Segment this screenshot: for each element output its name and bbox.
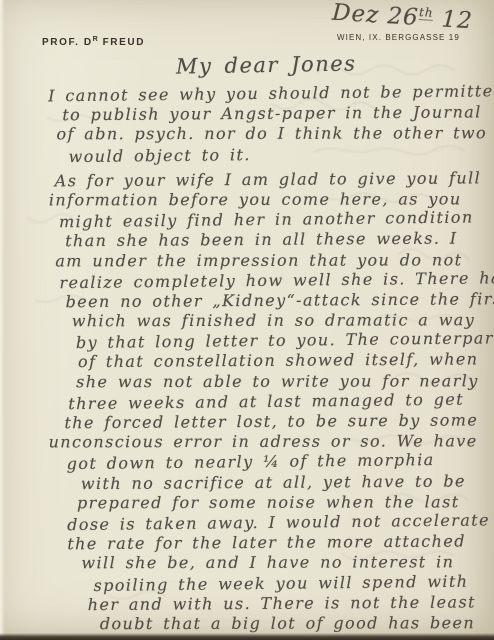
handwritten-date: Dez 26th 12 [331,0,473,34]
letter-page: PROF. DR FREUD WIEN, IX. BERGGASSE 19 De… [0,0,494,640]
letter-body: I cannot see why you should not be permi… [0,82,494,635]
letter-line: would object to it. [68,142,492,167]
date-ordinal-superscript: th [419,5,434,21]
letter-line: she was not able to write you for nearly [76,371,494,392]
letter-line: the rate for the later the more attached [67,531,494,554]
letterhead-address: WIEN, IX. BERGGASSE 19 [337,33,460,42]
scan-bottom-edge [0,633,494,640]
letterhead-name: PROF. DR FREUD [42,36,145,48]
scan-left-edge [0,0,5,640]
salutation: My dear Jones [176,51,357,78]
letter-line: than she has been in all these weeks. I [65,229,493,252]
letter-line: am under the impression that you do not [55,250,493,271]
letterhead-name-suffix: FREUD [98,37,145,48]
letter-line: prepared for some noise when the last [77,492,494,513]
letter-line: will she be, and I have no interest in [81,552,494,573]
letter-line: her and with us. There is not the least [88,592,494,615]
letter-line: As for your wife I am glad to give you f… [55,168,493,191]
letter-line: of that constellation showed itself, whe… [78,350,494,373]
letter-line: doubt that a big lot of good has been [100,613,494,634]
letterhead-name-prefix: PROF. D [42,37,93,48]
letter-line: the forced letter lost, to be sure by so… [64,410,494,433]
letter-line: of abn. psych. nor do I think the other … [56,124,492,145]
date-year: 12 [432,6,473,34]
letter-line: to publish your Angst-paper in the Journ… [62,102,492,125]
letter-line: with no sacrifice at all, yet have to be [81,471,494,494]
letter-line: been no other „Kidney“-attack since the … [66,289,494,312]
date-day: Dez 26 [331,0,419,31]
